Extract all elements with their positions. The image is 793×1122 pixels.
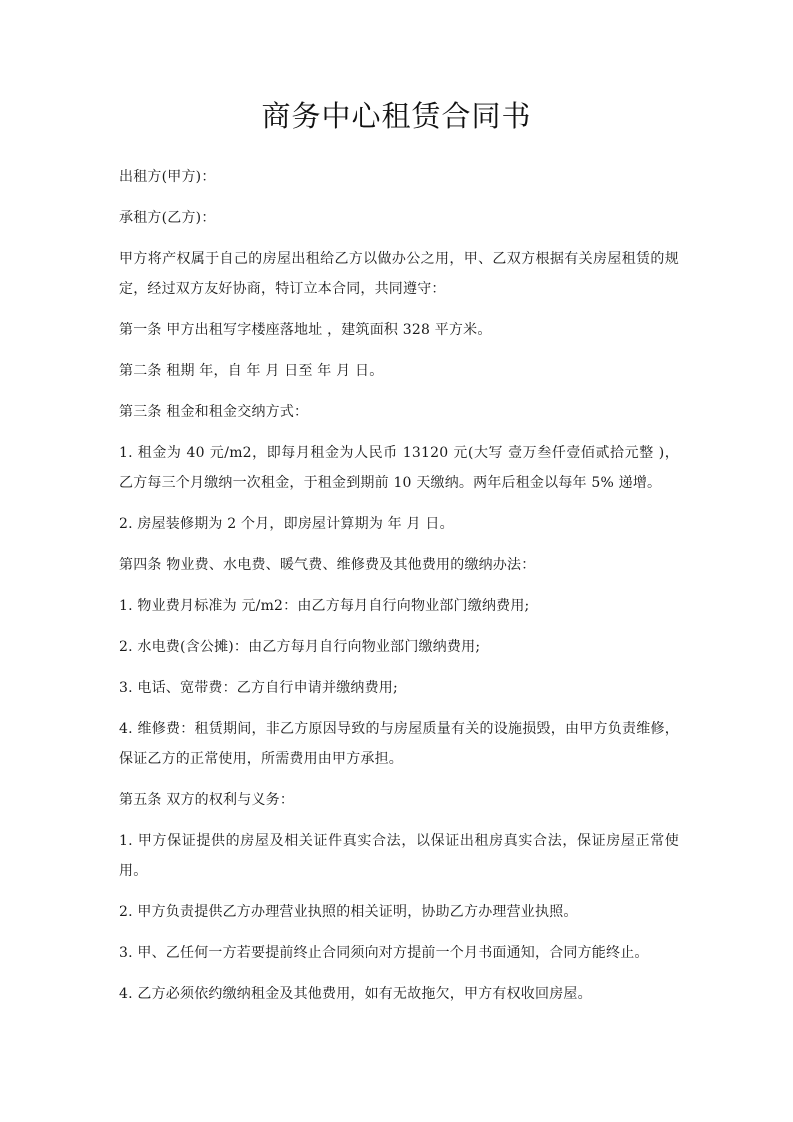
document-page: 商务中心租赁合同书 出租方(甲方)： 承租方(乙方)： 甲方将产权属于自己的房屋… (0, 0, 793, 1122)
lessor-line: 出租方(甲方)： (119, 162, 679, 192)
article-5-item-1: 1. 甲方保证提供的房屋及相关证件真实合法，以保证出租房真实合法，保证房屋正常使… (119, 826, 679, 886)
article-5-item-3: 3. 甲、乙任何一方若要提前终止合同须向对方提前一个月书面通知，合同方能终止。 (119, 938, 679, 968)
article-5-heading: 第五条 双方的权利与义务： (119, 785, 679, 815)
article-4-item-2: 2. 水电费(含公摊)：由乙方每月自行向物业部门缴纳费用; (119, 632, 679, 662)
article-4-item-4: 4. 维修费：租赁期间，非乙方原因导致的与房屋质量有关的设施损毁，由甲方负责维修… (119, 714, 679, 774)
article-5-item-4: 4. 乙方必须依约缴纳租金及其他费用，如有无故拖欠，甲方有权收回房屋。 (119, 979, 679, 1009)
article-3-heading: 第三条 租金和租金交纳方式： (119, 397, 679, 427)
lessee-line: 承租方(乙方)： (119, 203, 679, 233)
article-3-item-2: 2. 房屋装修期为 2 个月，即房屋计算期为 年 月 日。 (119, 509, 679, 539)
article-4-item-3: 3. 电话、宽带费：乙方自行申请并缴纳费用; (119, 673, 679, 703)
article-2: 第二条 租期 年，自 年 月 日至 年 月 日。 (119, 356, 679, 386)
article-4-item-1: 1. 物业费月标准为 元/m2：由乙方每月自行向物业部门缴纳费用; (119, 591, 679, 621)
document-title: 商务中心租赁合同书 (0, 96, 793, 136)
preamble-paragraph: 甲方将产权属于自己的房屋出租给乙方以做办公之用，甲、乙双方根据有关房屋租赁的规定… (119, 244, 679, 304)
article-3-item-1: 1. 租金为 40 元/m2，即每月租金为人民币 13120 元(大写 壹万叁仟… (119, 438, 679, 498)
article-5-item-2: 2. 甲方负责提供乙方办理营业执照的相关证明，协助乙方办理营业执照。 (119, 897, 679, 927)
article-4-heading: 第四条 物业费、水电费、暖气费、维修费及其他费用的缴纳办法： (119, 550, 679, 580)
article-1: 第一条 甲方出租写字楼座落地址 ，建筑面积 328 平方米。 (119, 315, 679, 345)
